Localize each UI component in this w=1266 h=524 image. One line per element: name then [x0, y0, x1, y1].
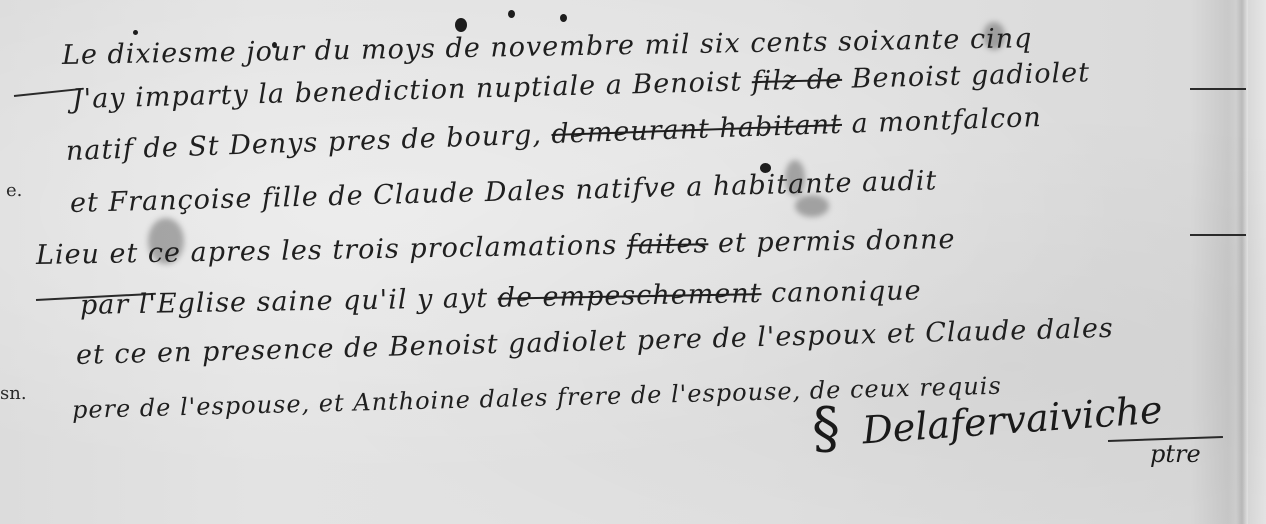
ink-spot — [508, 10, 515, 18]
line-5-after: et permis donne — [718, 224, 956, 259]
line-3-struck: demeurant habitant — [551, 109, 843, 150]
line-5-end-stroke — [1190, 234, 1246, 236]
line-6-after: canonique — [771, 275, 922, 309]
document-scan: Le dixiesme jour du moys de novembre mil… — [0, 0, 1266, 524]
document-line-6: par l'Eglise saine qu'il y ayt de empesc… — [80, 275, 922, 321]
signature-title: ptre — [1150, 440, 1201, 468]
line-2-end-stroke — [1190, 88, 1246, 90]
ink-spot — [133, 30, 138, 35]
line-3-after: a montfalcon — [851, 102, 1042, 140]
line-2-after: Benoist gadiolet — [851, 57, 1090, 94]
line-7-text: et ce en presence de Benoist gadiolet pe… — [76, 313, 1115, 371]
line-2-struck: filz de — [751, 64, 842, 97]
line-3-text: natif de St Denys pres de bourg, — [65, 119, 542, 167]
line-2-text: J'ay imparty la benediction nuptiale a B… — [72, 66, 743, 115]
margin-mark-1: e. — [6, 180, 22, 201]
ink-spot — [560, 14, 567, 22]
margin-mark-2: sn. — [0, 383, 27, 404]
line-6-text: par l'Eglise saine qu'il y ayt — [80, 283, 489, 321]
page-fold-shadow — [1236, 0, 1248, 524]
line-6-struck: de empeschement — [497, 278, 761, 314]
line-5-struck: faites — [627, 228, 709, 260]
signature-paraph-icon: § — [812, 396, 840, 461]
ink-spot — [455, 18, 467, 32]
document-line-3: natif de St Denys pres de bourg, demeura… — [65, 102, 1042, 167]
line-5-text: Lieu et ce apres les trois proclamations — [36, 230, 618, 271]
document-line-7: et ce en presence de Benoist gadiolet pe… — [76, 313, 1115, 371]
